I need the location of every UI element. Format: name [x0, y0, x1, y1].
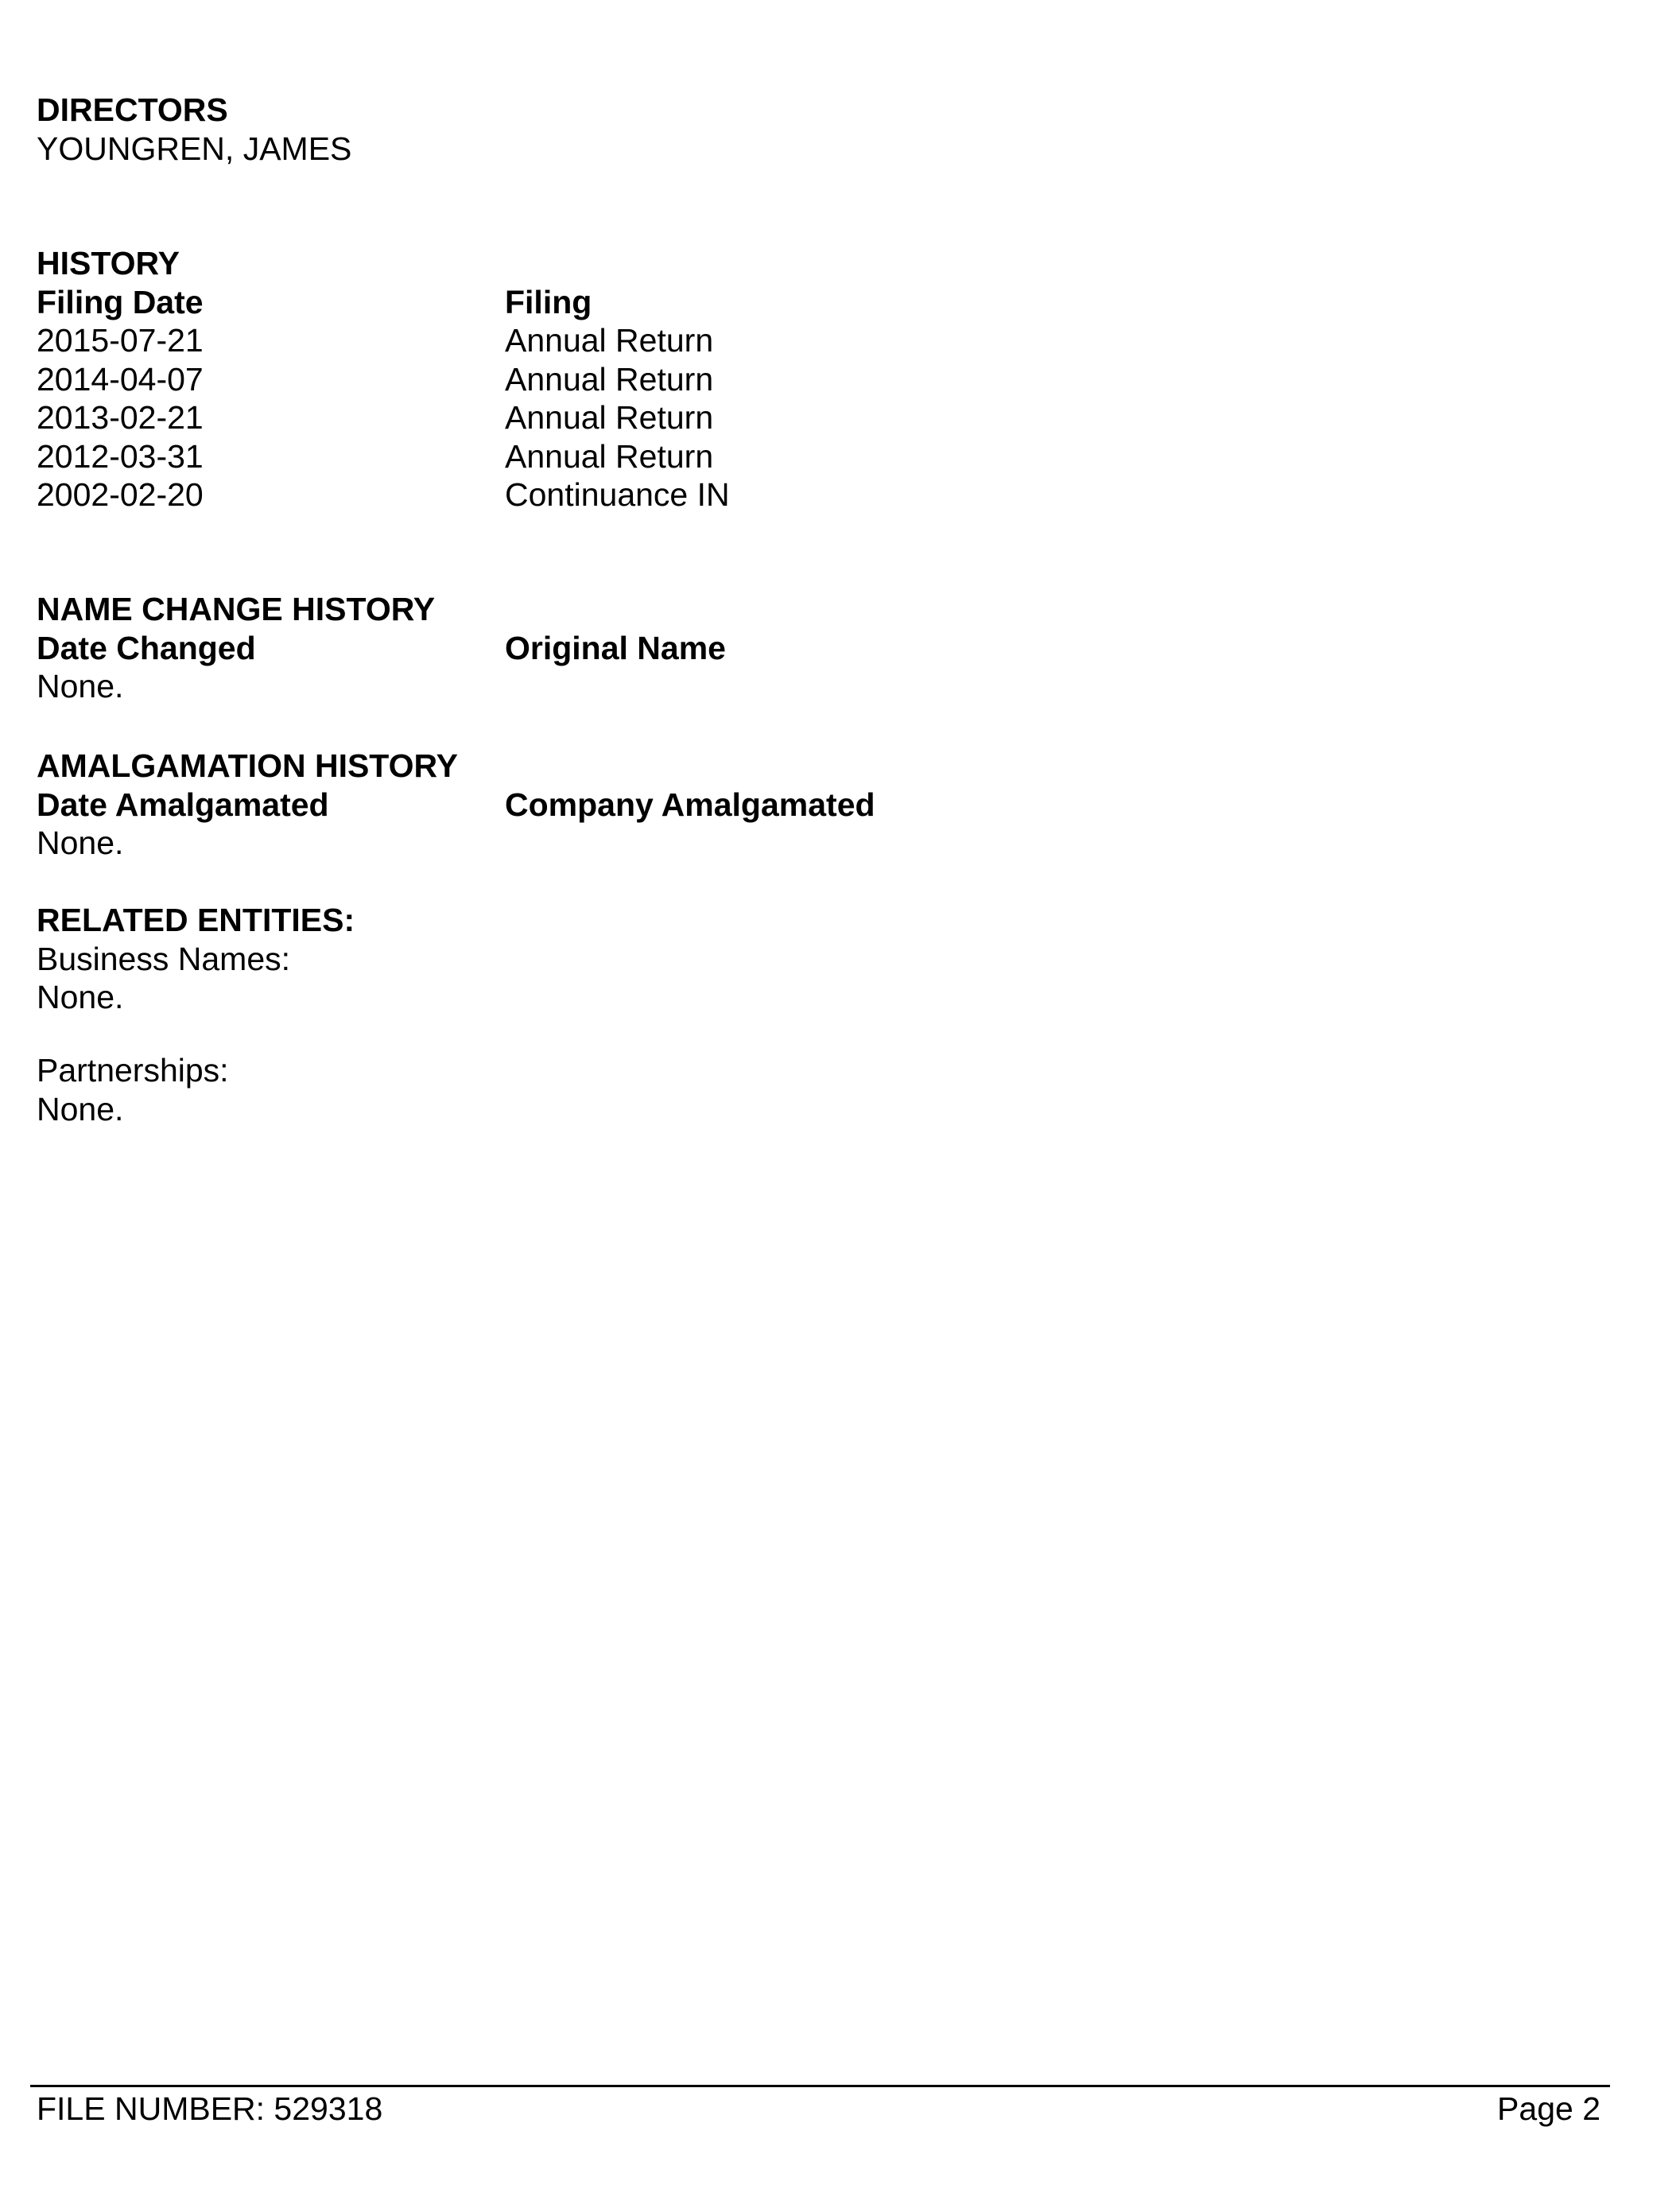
history-row: 2002-02-20 Continuance IN — [37, 475, 180, 514]
history-row-filing: Annual Return — [505, 437, 713, 476]
amalgamation-col-company: Company Amalgamated — [505, 786, 875, 825]
amalgamation-history-section: AMALGAMATION HISTORY Date Amalgamated Co… — [37, 747, 458, 863]
related-entities-heading: RELATED ENTITIES: — [37, 901, 355, 940]
footer-divider — [30, 2085, 1610, 2087]
related-entities-section: RELATED ENTITIES: Business Names: None. — [37, 901, 355, 1017]
footer-page-number: Page 2 — [1497, 2090, 1600, 2129]
history-row-date: 2014-04-07 — [37, 360, 204, 399]
history-row-date: 2015-07-21 — [37, 321, 204, 360]
amalgamation-history-heading: AMALGAMATION HISTORY — [37, 747, 458, 786]
name-change-header-row: Date Changed Original Name — [37, 629, 435, 668]
history-row-date: 2002-02-20 — [37, 475, 204, 514]
directors-heading: DIRECTORS — [37, 91, 351, 130]
footer-file-number: FILE NUMBER: 529318 — [37, 2090, 382, 2129]
name-change-history-section: NAME CHANGE HISTORY Date Changed Origina… — [37, 590, 435, 706]
history-section: HISTORY Filing Date Filing 2015-07-21 An… — [37, 244, 180, 514]
partnerships-section: Partnerships: None. — [37, 1051, 229, 1128]
partnerships-label: Partnerships: — [37, 1051, 229, 1090]
history-row: 2013-02-21 Annual Return — [37, 398, 180, 437]
amalgamation-header-row: Date Amalgamated Company Amalgamated — [37, 786, 458, 825]
directors-section: DIRECTORS YOUNGREN, JAMES — [37, 91, 351, 168]
business-names-label: Business Names: — [37, 940, 355, 979]
partnerships-value: None. — [37, 1090, 229, 1129]
history-col-filing: Filing — [505, 283, 592, 322]
history-row: 2015-07-21 Annual Return — [37, 321, 180, 360]
history-row-date: 2013-02-21 — [37, 398, 204, 437]
history-heading: HISTORY — [37, 244, 180, 283]
name-change-empty: None. — [37, 667, 435, 706]
history-row-filing: Annual Return — [505, 398, 713, 437]
amalgamation-empty: None. — [37, 824, 458, 863]
name-change-col-date-changed: Date Changed — [37, 629, 256, 668]
history-row: 2012-03-31 Annual Return — [37, 437, 180, 476]
history-row-filing: Annual Return — [505, 360, 713, 399]
history-row-filing: Continuance IN — [505, 475, 730, 514]
history-row: 2014-04-07 Annual Return — [37, 360, 180, 399]
name-change-history-heading: NAME CHANGE HISTORY — [37, 590, 435, 629]
history-header-row: Filing Date Filing — [37, 283, 180, 322]
history-col-filing-date: Filing Date — [37, 283, 204, 322]
history-row-date: 2012-03-31 — [37, 437, 204, 476]
name-change-col-original-name: Original Name — [505, 629, 726, 668]
history-row-filing: Annual Return — [505, 321, 713, 360]
amalgamation-col-date: Date Amalgamated — [37, 786, 329, 825]
director-name: YOUNGREN, JAMES — [37, 130, 351, 169]
business-names-value: None. — [37, 978, 355, 1017]
